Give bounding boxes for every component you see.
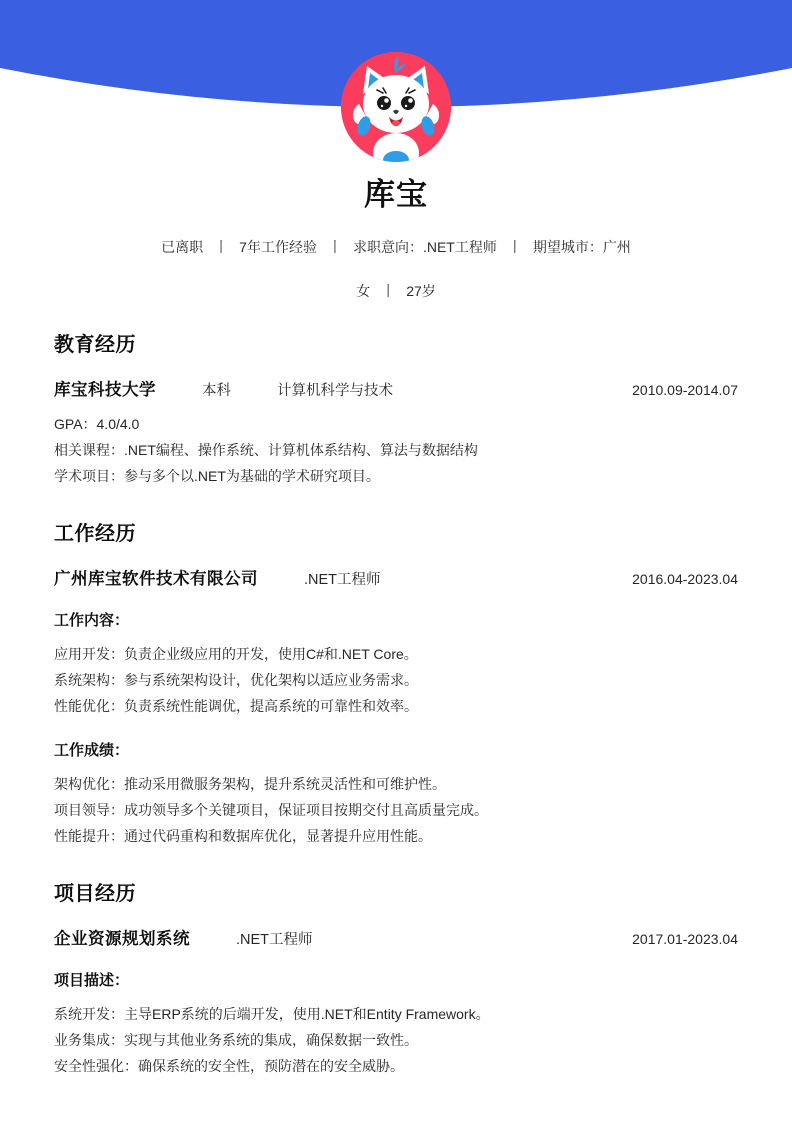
work-content-line: 系统架构：参与系统架构设计，优化架构以适应业务需求。: [54, 667, 738, 693]
work-achievement-label: 工作成绩：: [54, 739, 738, 760]
work-content-label: 工作内容：: [54, 609, 738, 630]
work-achievement-line: 性能提升：通过代码重构和数据库优化，显著提升应用性能。: [54, 823, 738, 849]
age-text: 27岁: [406, 283, 436, 299]
section-title-education: 教育经历: [54, 333, 738, 357]
job-intention-text: 求职意向：.NET工程师: [353, 239, 497, 255]
project-role-text: .NET工程师: [236, 928, 313, 949]
project-desc-line: 安全性强化：确保系统的安全性，预防潜在的安全威胁。: [54, 1053, 738, 1079]
work-achievement-line: 项目领导：成功领导多个关键项目，保证项目按期交付且高质量完成。: [54, 797, 738, 823]
project-date-range: 2017.01-2023.04: [632, 931, 738, 947]
separator: 丨: [381, 283, 395, 299]
status-text: 已离职: [161, 239, 203, 255]
work-achievement-line: 架构优化：推动采用微服务架构，提升系统灵活性和可维护性。: [54, 771, 738, 797]
meta-line-2: 女丨27岁: [0, 282, 792, 300]
meta-line-1: 已离职丨7年工作经验丨求职意向：.NET工程师丨期望城市：广州: [0, 238, 792, 256]
separator: 丨: [214, 239, 228, 255]
separator: 丨: [508, 239, 522, 255]
education-line: GPA：4.0/4.0: [54, 411, 738, 437]
section-title-work: 工作经历: [54, 522, 738, 546]
education-entry-row: 库宝科技大学 本科 计算机科学与技术 2010.09-2014.07: [54, 376, 738, 400]
resume-body: 教育经历 库宝科技大学 本科 计算机科学与技术 2010.09-2014.07 …: [0, 333, 792, 1079]
avatar: [341, 52, 451, 162]
expected-city-text: 期望城市：广州: [533, 239, 631, 255]
project-entry-row: 企业资源规划系统 .NET工程师 2017.01-2023.04: [54, 925, 738, 949]
candidate-name: 库宝: [0, 178, 792, 212]
project-desc-label: 项目描述：: [54, 969, 738, 990]
work-role-text: .NET工程师: [304, 568, 381, 589]
hero-banner: [0, 0, 792, 150]
education-line: 相关课程：.NET编程、操作系统、计算机体系结构、算法与数据结构: [54, 437, 738, 463]
school-name: 库宝科技大学: [54, 376, 156, 400]
project-desc-lines: 系统开发：主导ERP系统的后端开发，使用.NET和Entity Framewor…: [54, 1001, 738, 1079]
education-detail-lines: GPA：4.0/4.0 相关课程：.NET编程、操作系统、计算机体系结构、算法与…: [54, 411, 738, 489]
project-desc-line: 系统开发：主导ERP系统的后端开发，使用.NET和Entity Framewor…: [54, 1001, 738, 1027]
work-content-line: 应用开发：负责企业级应用的开发，使用C#和.NET Core。: [54, 641, 738, 667]
work-content-lines: 应用开发：负责企业级应用的开发，使用C#和.NET Core。 系统架构：参与系…: [54, 641, 738, 719]
work-content-line: 性能优化：负责系统性能调优，提高系统的可靠性和效率。: [54, 693, 738, 719]
cat-mascot-illustration: [341, 52, 451, 162]
gender-text: 女: [356, 283, 370, 299]
section-title-project: 项目经历: [54, 882, 738, 906]
education-date-range: 2010.09-2014.07: [632, 382, 738, 398]
work-entry-row: 广州库宝软件技术有限公司 .NET工程师 2016.04-2023.04: [54, 565, 738, 589]
project-desc-line: 业务集成：实现与其他业务系统的集成，确保数据一致性。: [54, 1027, 738, 1053]
work-achievement-lines: 架构优化：推动采用微服务架构，提升系统灵活性和可维护性。 项目领导：成功领导多个…: [54, 771, 738, 849]
work-date-range: 2016.04-2023.04: [632, 571, 738, 587]
experience-text: 7年工作经验: [239, 239, 317, 255]
separator: 丨: [328, 239, 342, 255]
major-text: 计算机科学与技术: [277, 379, 393, 400]
project-name: 企业资源规划系统: [54, 925, 190, 949]
company-name: 广州库宝软件技术有限公司: [54, 565, 258, 589]
education-line: 学术项目：参与多个以.NET为基础的学术研究项目。: [54, 463, 738, 489]
degree-text: 本科: [202, 379, 231, 400]
